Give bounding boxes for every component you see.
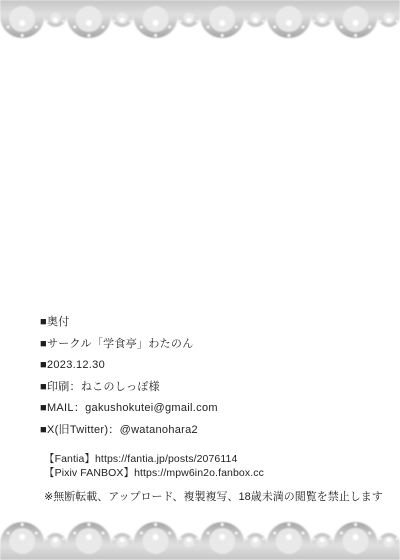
fantia-link: 【Fantia】https://fantia.jp/posts/2076114	[44, 452, 264, 466]
printer-line: ■印刷：ねこのしっぽ様	[40, 377, 218, 399]
disclaimer-text: ※無断転載、アップロード、複製複写、18歳未満の閲覧を禁止します	[44, 490, 383, 504]
x-twitter-line: ■X(旧Twitter)：@watanohara2	[40, 420, 218, 442]
colophon-block: ■奥付 ■サークル「学食亭」わたのん ■2023.12.30 ■印刷：ねこのしっ…	[40, 312, 218, 442]
publish-date-line: ■2023.12.30	[40, 355, 218, 377]
lace-border-bottom-icon	[0, 516, 400, 560]
links-block: 【Fantia】https://fantia.jp/posts/2076114 …	[44, 452, 264, 480]
circle-name-line: ■サークル「学食亭」わたのん	[40, 334, 218, 356]
colophon-page: ■奥付 ■サークル「学食亭」わたのん ■2023.12.30 ■印刷：ねこのしっ…	[0, 0, 400, 560]
mail-line: ■MAIL：gakushokutei@gmail.com	[40, 398, 218, 420]
lace-border-top-icon	[0, 0, 400, 44]
pixiv-fanbox-link: 【Pixiv FANBOX】https://mpw6in2o.fanbox.cc	[44, 466, 264, 480]
colophon-heading: ■奥付	[40, 312, 218, 334]
